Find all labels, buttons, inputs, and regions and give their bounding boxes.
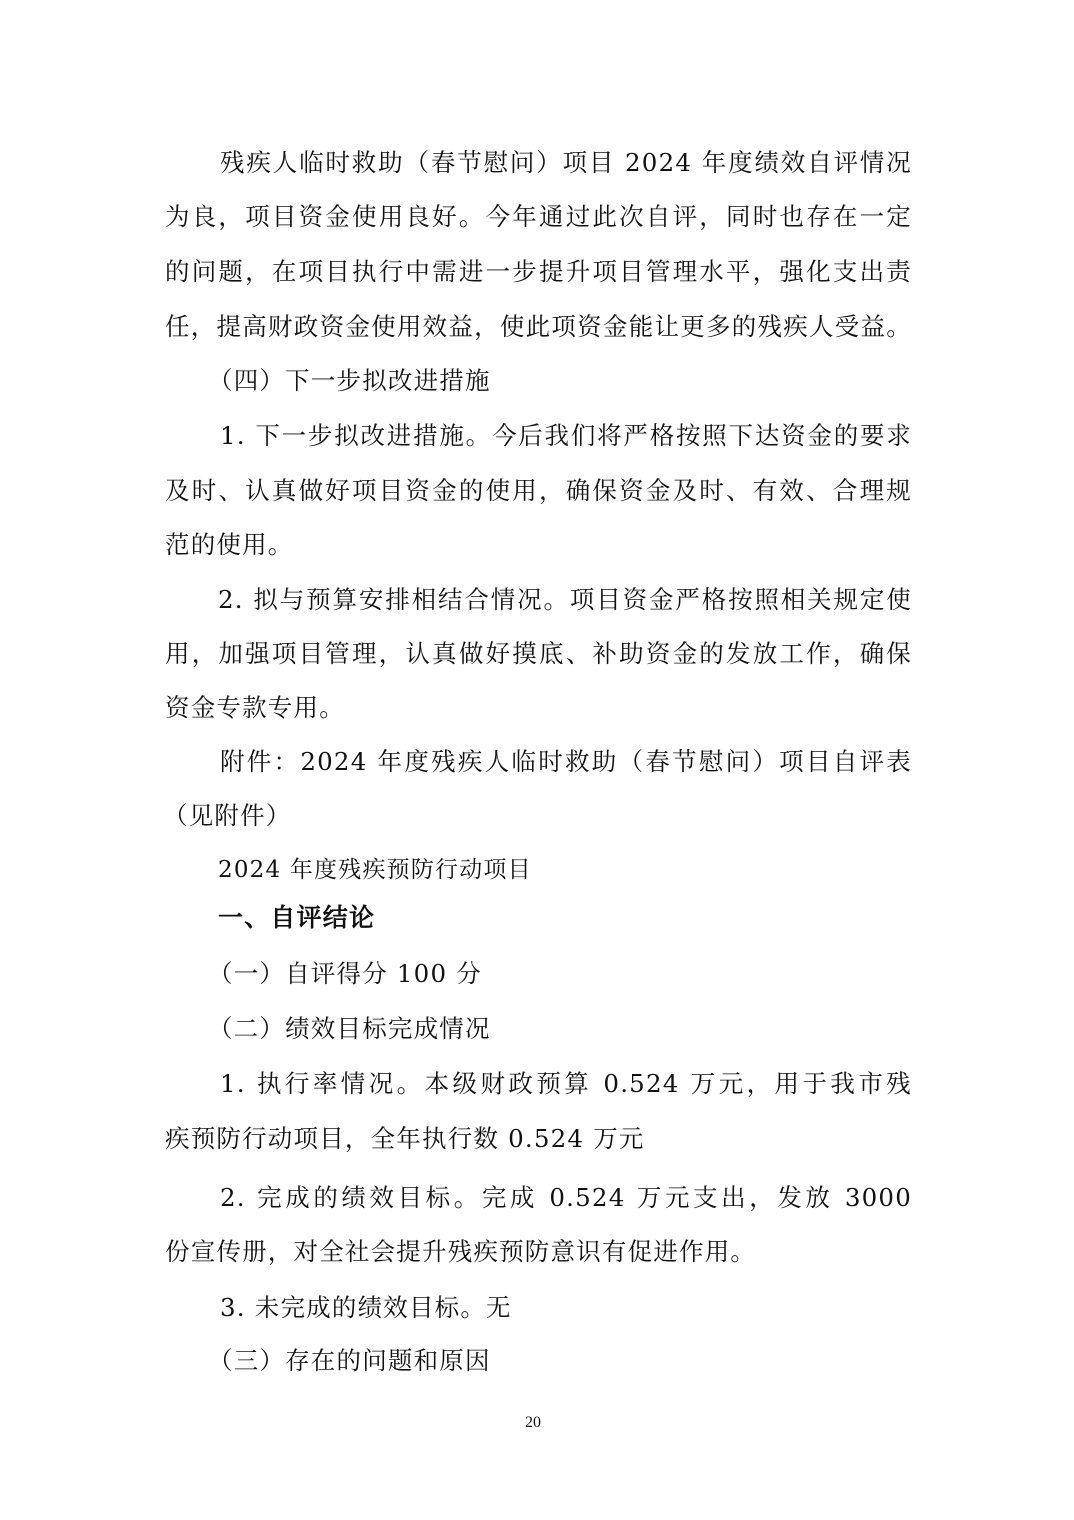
measure-2-line-2: 用，加强项目管理，认真做好摸底、补助资金的发放工作，确保 — [165, 638, 912, 670]
summary-line-3: 的问题，在项目执行中需进一步提升项目管理水平，强化支出责 — [165, 256, 912, 288]
measure-1-line-3: 范的使用。 — [165, 529, 294, 561]
attachment-line-2: （见附件） — [163, 800, 292, 832]
measure-2-line-1: 2. 拟与预算安排相结合情况。项目资金严格按照相关规定使 — [218, 584, 912, 616]
item-1-line-1: 1. 执行率情况。本级财政预算 0.524 万元，用于我市残 — [220, 1068, 912, 1100]
measure-1-line-2: 及时、认真做好项目资金的使用，确保资金及时、有效、合理规 — [165, 475, 912, 507]
attachment-line-1: 附件：2024 年度残疾人临时救助（春节慰问）项目自评表 — [220, 746, 912, 778]
item-1-line-2: 疾预防行动项目，全年执行数 0.524 万元 — [165, 1123, 645, 1155]
page-number: 20 — [525, 1413, 541, 1433]
summary-line-1: 残疾人临时救助（春节慰问）项目 2024 年度绩效自评情况 — [220, 147, 912, 179]
document-page: 残疾人临时救助（春节慰问）项目 2024 年度绩效自评情况 为良，项目资金使用良… — [0, 0, 1074, 1520]
item-2-line-2: 份宣传册，对全社会提升残疾预防意识有促进作用。 — [165, 1236, 756, 1268]
item-3-line-1: 3. 未完成的绩效目标。无 — [220, 1292, 512, 1324]
section-heading-4: （四）下一步拟改进措施 — [208, 365, 491, 397]
summary-line-4: 任，提高财政资金使用效益，使此项资金能让更多的残疾人受益。 — [165, 311, 912, 343]
measure-2-line-3: 资金专款专用。 — [165, 692, 345, 724]
subsection-goals: （二）绩效目标完成情况 — [208, 1013, 491, 1045]
measure-1-line-1: 1. 下一步拟改进措施。今后我们将严格按照下达资金的要求 — [220, 420, 912, 452]
item-2-line-1: 2. 完成的绩效目标。完成 0.524 万元支出，发放 3000 — [220, 1182, 912, 1214]
section-heading-1: 一、自评结论 — [218, 902, 375, 934]
project-title: 2024 年度残疾预防行动项目 — [218, 854, 532, 886]
summary-line-2: 为良，项目资金使用良好。今年通过此次自评，同时也存在一定 — [165, 201, 912, 233]
subsection-score: （一）自评得分 100 分 — [208, 958, 482, 990]
subsection-problems: （三）存在的问题和原因 — [208, 1345, 491, 1377]
